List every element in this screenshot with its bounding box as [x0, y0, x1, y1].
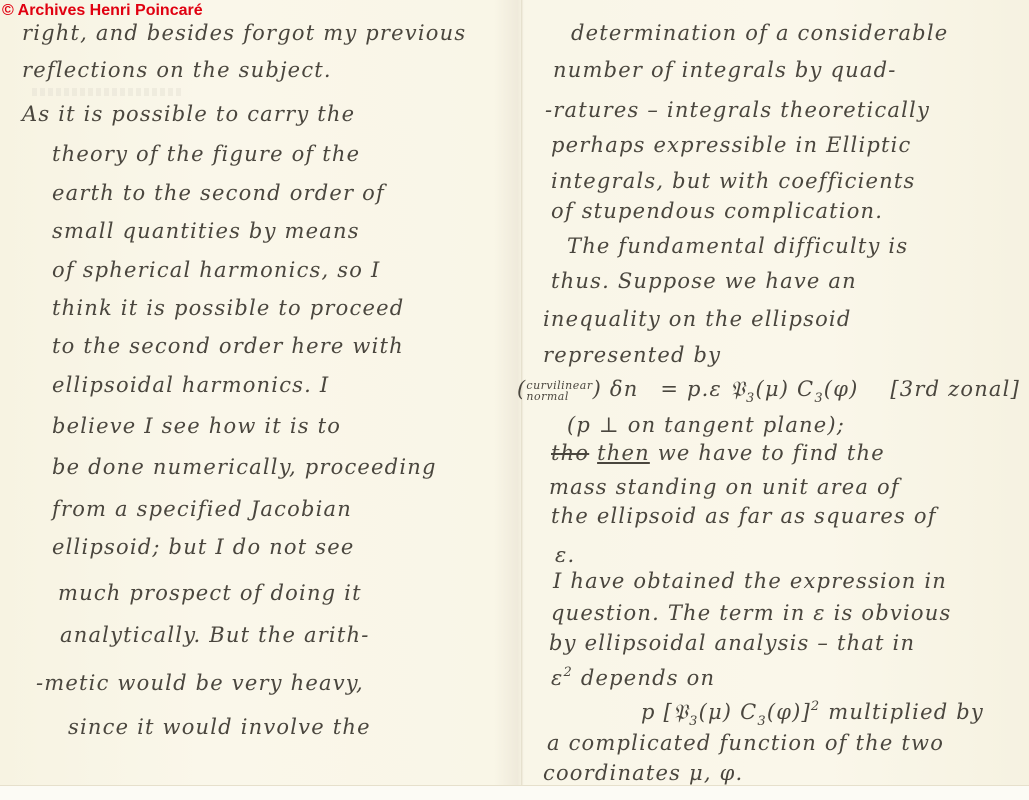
epsilon-symbol: ε: [551, 666, 563, 690]
text-line: reflections on the subject.: [22, 57, 332, 83]
text-line: ellipsoid; but I do not see: [52, 534, 354, 560]
text-line: The fundamental difficulty is: [567, 233, 908, 259]
text-line: be done numerically, proceeding: [52, 454, 437, 480]
text-line: integrals, but with coefficients: [551, 168, 916, 194]
text-line: to the second order here with: [52, 333, 404, 359]
formula-annotation: curvilinearnormal: [526, 380, 592, 402]
struck-word: tho: [551, 441, 589, 465]
text-line: believe I see how it is to: [52, 413, 341, 439]
text-line: think it is possible to proceed: [52, 295, 404, 321]
text-line: -ratures – integrals theoretically: [545, 97, 930, 123]
text-line: earth to the second order of: [52, 180, 385, 206]
text-line: question. The term in ε is obvious: [551, 600, 951, 626]
formula-lhs: δn: [610, 377, 639, 401]
text-line: of spherical harmonics, so I: [52, 257, 380, 283]
text-line: I have obtained the expression in: [553, 568, 947, 594]
superscript: 2: [811, 699, 820, 714]
text-line: the ellipsoid as far as squares of: [551, 503, 937, 529]
product-mid: (μ) C: [699, 700, 758, 724]
letterhead-showthrough: [32, 88, 182, 96]
product-end: (φ)]: [767, 700, 811, 724]
formula-open-paren: (: [517, 377, 526, 401]
text-line: (p ⊥ on tangent plane);: [567, 412, 845, 438]
text-line: thus. Suppose we have an: [551, 268, 857, 294]
formula-subscript: 3: [757, 714, 766, 729]
formula-rhs-mid: (μ) C: [756, 377, 815, 401]
text-line: since it would involve the: [68, 714, 371, 740]
text-line: represented by: [543, 342, 721, 368]
text-line: As it is possible to carry the: [22, 101, 355, 127]
text-line: coordinates μ, φ.: [543, 760, 743, 786]
epsilon-squared-line: ε2 depends on: [551, 660, 715, 691]
formula-subscript: 3: [689, 714, 698, 729]
text-line: much prospect of doing it: [58, 580, 362, 606]
text-line: right, and besides forgot my previous: [22, 20, 466, 46]
text-line: by ellipsoidal analysis – that in: [549, 630, 915, 656]
text-line: number of integrals by quad-: [553, 57, 897, 83]
formula-normal-displacement: (curvilinearnormal) δn = p.ε 𝔓3(μ) C3(φ)…: [517, 376, 1020, 412]
formula-rhs-end: (φ): [824, 377, 859, 401]
archive-watermark: © Archives Henri Poincaré: [2, 1, 203, 21]
text-line: a complicated function of the two: [547, 730, 944, 756]
formula-close-paren: ): [593, 377, 602, 401]
text-line: ε.: [555, 542, 575, 568]
text-line-with-correction: tho then we have to find the: [551, 440, 885, 466]
text-line: -metic would be very heavy,: [36, 670, 364, 696]
formula-subscript: 3: [746, 391, 755, 406]
text-line: small quantities by means: [52, 218, 360, 244]
product-main: p [𝔓: [641, 700, 689, 724]
text-line: analytically. But the arith-: [60, 622, 370, 648]
scan-margin: [0, 785, 1029, 800]
text-line: inequality on the ellipsoid: [543, 306, 851, 332]
text-line: of stupendous complication.: [551, 198, 883, 224]
underlined-word: then: [597, 441, 650, 465]
line-rest: depends on: [573, 666, 715, 690]
text-line: mass standing on unit area of: [549, 474, 900, 500]
text-line: perhaps expressible in Elliptic: [551, 132, 912, 158]
superscript: 2: [563, 665, 572, 680]
line-rest: multiplied by: [820, 700, 984, 724]
text-line: ellipsoidal harmonics. I: [52, 372, 329, 398]
text-line: from a specified Jacobian: [52, 496, 352, 522]
formula-subscript: 3: [814, 391, 823, 406]
formula-rhs: = p.ε 𝔓: [660, 377, 746, 401]
text-line: theory of the figure of the: [52, 141, 360, 167]
annotation-curvilinear: curvilinear: [526, 380, 592, 391]
annotation-normal: normal: [526, 391, 592, 402]
line-rest: we have to find the: [650, 441, 885, 465]
text-line: determination of a considerable: [571, 20, 948, 46]
formula-product-squared: p [𝔓3(μ) C3(φ)]2 multiplied by: [641, 694, 984, 735]
formula-note-third-zonal: [3rd zonal]: [890, 377, 1020, 401]
